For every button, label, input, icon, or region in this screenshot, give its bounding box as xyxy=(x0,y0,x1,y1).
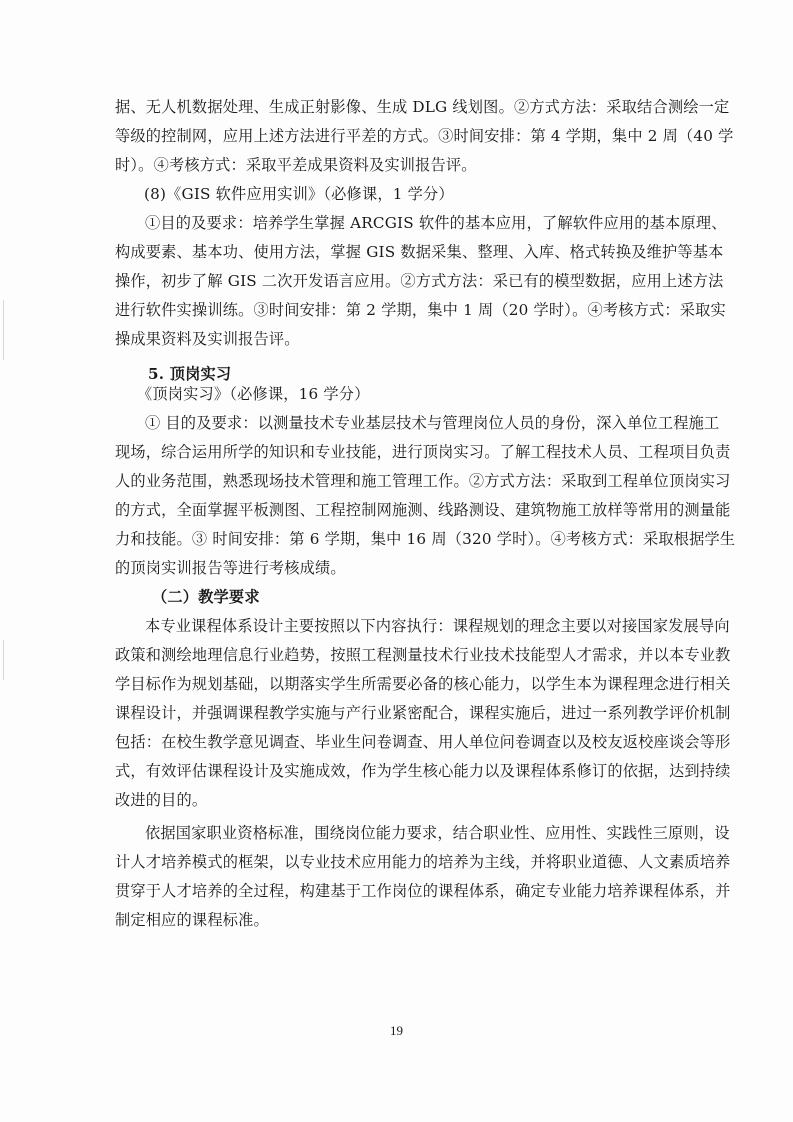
paragraph-line: 计人才培养模式的框架，以专业技术应用能力的培养为主线，并将职业道德、人文素质培养 xyxy=(115,852,667,872)
paragraph-line: 学目标作为规划基础，以期落实学生所需要必备的核心能力，以学生本为课程理念进行相关 xyxy=(115,674,667,694)
paragraph-line: 操成果资料及实训报告评。 xyxy=(115,329,667,349)
scan-artifact xyxy=(3,640,4,680)
scan-artifact xyxy=(3,300,4,360)
paragraph-line: 现场，综合运用所学的知识和专业技能，进行顶岗实习。了解工程技术人员、工程项目负责 xyxy=(115,442,667,462)
course-title: 《顶岗实习》（必修课，16 学分） xyxy=(137,384,689,404)
paragraph-line: 式，有效评估课程设计及实施成效，作为学生核心能力以及课程体系修订的依据，达到持续 xyxy=(115,761,667,781)
section-heading: （二）教学要求 xyxy=(152,587,704,607)
paragraph-line: 政策和测绘地理信息行业趋势，按照工程测量技术行业技术技能型人才需求，并以本专业教 xyxy=(115,645,667,665)
document-page: 据、无人机数据处理、生成正射影像、生成 DLG 线划图。②方式方法：采取结合测绘… xyxy=(0,0,793,1122)
paragraph-line: 时）。④考核方式：采取平差成果资料及实训报告评。 xyxy=(115,155,667,175)
paragraph-line: 包括：在校生教学意见调查、毕业生问卷调查、用人单位问卷调查以及校友返校座谈会等形 xyxy=(115,732,667,752)
paragraph-line: 改进的目的。 xyxy=(115,790,667,810)
paragraph-line: 据、无人机数据处理、生成正射影像、生成 DLG 线划图。②方式方法：采取结合测绘… xyxy=(115,97,667,117)
paragraph-line: 人的业务范围，熟悉现场技术管理和施工管理工作。②方式方法：采取到工程单位顶岗实习 xyxy=(115,471,667,491)
paragraph-line: 操作，初步了解 GIS 二次开发语言应用。②方式方法：采已有的模型数据，应用上述… xyxy=(115,271,667,291)
paragraph-line: 本专业课程体系设计主要按照以下内容执行：课程规划的理念主要以对接国家发展导向 xyxy=(145,616,667,636)
paragraph-line: 进行软件实操训练。③时间安排：第 2 学期，集中 1 周（20 学时）。④考核方… xyxy=(115,300,667,320)
paragraph-line: ① 目的及要求：以测量技术专业基层技术与管理岗位人员的身份，深入单位工程施工 xyxy=(145,413,667,433)
paragraph-line: 制定相应的课程标准。 xyxy=(115,910,667,930)
page-number: 19 xyxy=(0,1023,793,1039)
course-title: (8)《GIS 软件应用实训》（必修课，1 学分） xyxy=(144,184,696,204)
paragraph-line: ①目的及要求：培养学生掌握 ARCGIS 软件的基本应用，了解软件应用的基本原理… xyxy=(145,213,667,233)
paragraph-line: 的方式，全面掌握平板测图、工程控制网施测、线路测设、建筑物施工放样等常用的测量能 xyxy=(115,500,667,520)
paragraph-line: 课程设计，并强调课程教学实施与产行业紧密配合，课程实施后，进过一系列教学评价机制 xyxy=(115,703,667,723)
paragraph-line: 贯穿于人才培养的全过程，构建基于工作岗位的课程体系，确定专业能力培养课程体系，并 xyxy=(115,881,667,901)
paragraph-line: 力和技能。③ 时间安排：第 6 学期，集中 16 周（320 学时）。④考核方式… xyxy=(115,529,667,549)
paragraph-line: 构成要素、基本功、使用方法，掌握 GIS 数据采集、整理、入库、格式转换及维护等… xyxy=(115,242,667,262)
paragraph-line: 等级的控制网，应用上述方法进行平差的方式。③时间安排：第 4 学期，集中 2 周… xyxy=(115,126,667,146)
paragraph-line: 的顶岗实训报告等进行考核成绩。 xyxy=(115,558,667,578)
section-heading: 5. 顶岗实习 xyxy=(148,364,700,384)
paragraph-line: 依据国家职业资格标准，围绕岗位能力要求，结合职业性、应用性、实践性三原则，设 xyxy=(145,823,667,843)
